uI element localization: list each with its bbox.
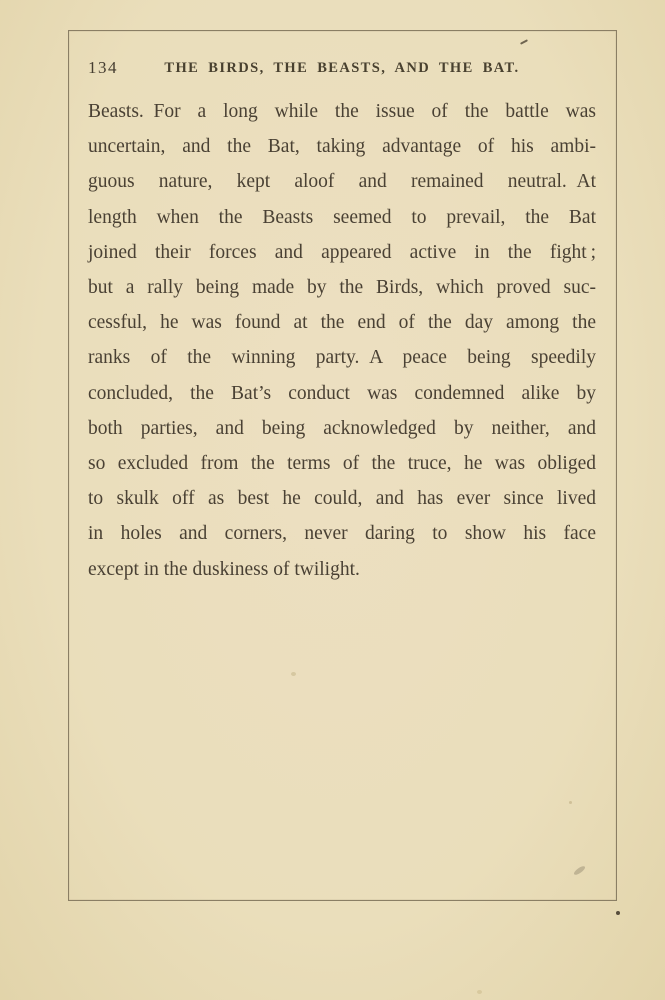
text-line: concluded, the Bat’s conduct was condemn… [88,376,596,411]
paper-speck [477,990,482,994]
text-line: but a rally being made by the Birds, whi… [88,270,596,305]
text-line: so excluded from the terms of the truce,… [88,446,596,481]
page-body: Beasts. For a long while the issue of th… [88,94,596,587]
text-line: to skulk off as best he could, and has e… [88,481,596,516]
text-line: except in the duskiness of twilight. [88,552,596,587]
text-line: ranks of the winning party. A peace bein… [88,340,596,375]
text-line: both parties, and being acknowledged by … [88,411,596,446]
text-line: in holes and corners, never daring to sh… [88,516,596,551]
paper-speck [616,911,620,915]
text-line: cessful, he was found at the end of the … [88,305,596,340]
text-line: Beasts. For a long while the issue of th… [88,94,596,129]
text-line: uncertain, and the Bat, taking advantage… [88,129,596,164]
text-line: length when the Beasts seemed to prevail… [88,200,596,235]
running-head: THE BIRDS, THE BEASTS, AND THE BAT. [68,60,616,77]
text-line: joined their forces and appeared active … [88,235,596,270]
text-line: guous nature, kept aloof and remained ne… [88,164,596,199]
book-page-scan: 134 THE BIRDS, THE BEASTS, AND THE BAT. … [0,0,665,1000]
